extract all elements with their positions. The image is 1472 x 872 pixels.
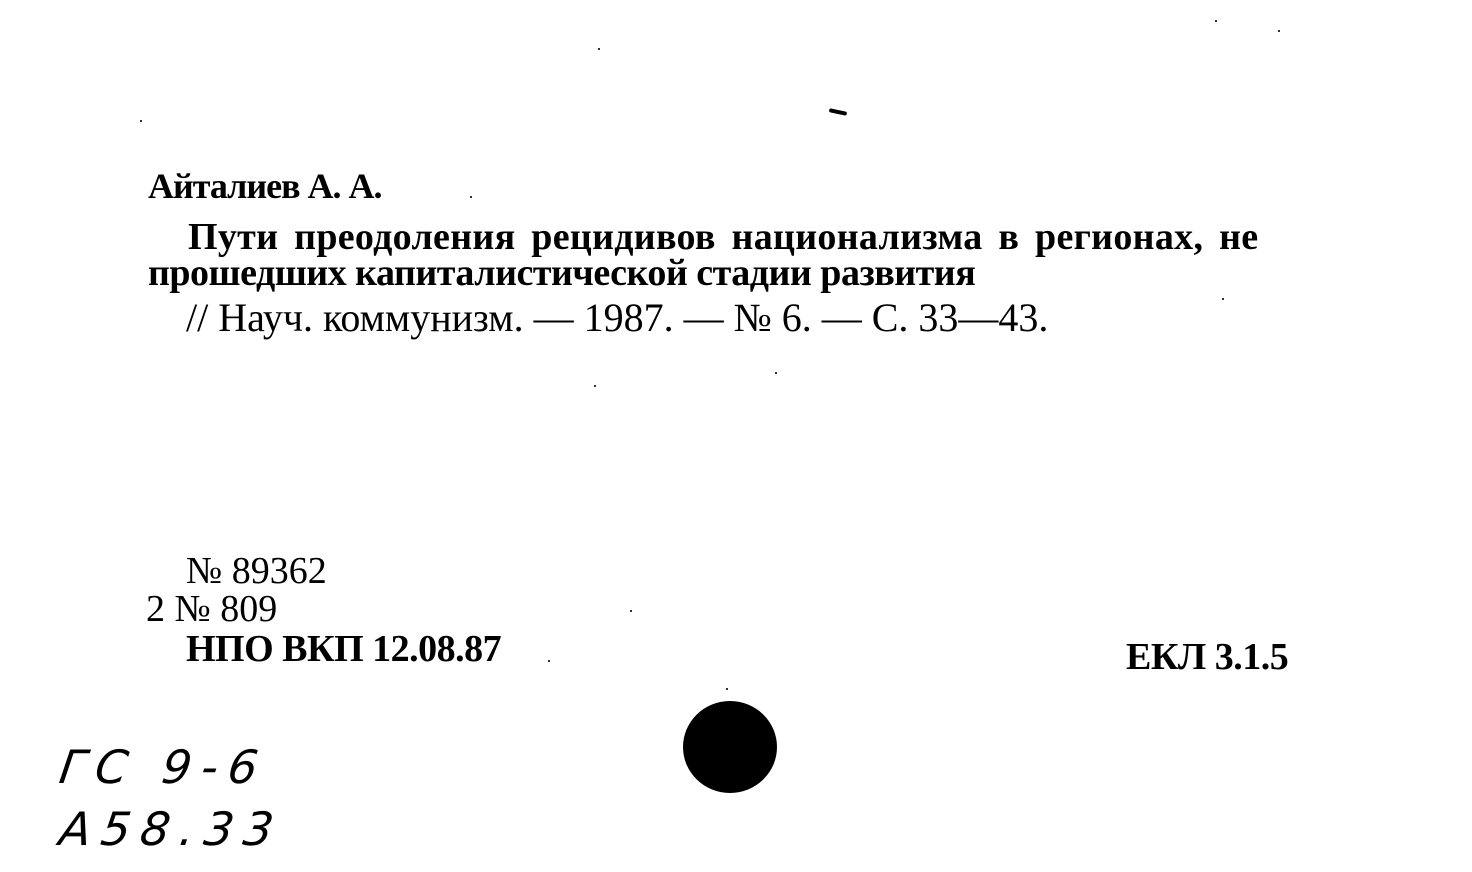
title-line-2: прошедших капиталистической стадии разви… xyxy=(148,254,975,292)
scan-speck xyxy=(726,688,728,690)
handwritten-shelfmark-2: А58.33 xyxy=(57,806,287,852)
registration-stamp: НПО ВКП 12.08.87 xyxy=(186,630,501,668)
scan-speck xyxy=(470,196,472,198)
source-citation: // Науч. коммунизм. — 1987. — № 6. — С. … xyxy=(186,298,1048,338)
title-line-1: Пути преодоления рецидивов национализма … xyxy=(188,218,1258,256)
scan-speck xyxy=(1215,20,1217,22)
scan-speck xyxy=(1278,30,1280,32)
scan-speck xyxy=(630,610,632,612)
punch-hole xyxy=(683,701,777,793)
classification-code: ЕКЛ 3.1.5 xyxy=(1126,638,1288,676)
author-name: Айталиев А. А. xyxy=(148,168,382,204)
scan-speck xyxy=(1222,298,1224,300)
scan-speck xyxy=(140,120,142,122)
scan-speck xyxy=(598,48,600,50)
accession-number: № 89362 xyxy=(186,552,327,590)
scan-speck xyxy=(594,385,596,387)
scan-speck xyxy=(775,372,777,374)
ink-mark xyxy=(829,108,847,116)
scan-speck xyxy=(548,660,550,662)
handwritten-shelfmark-1: ГС 9-6 xyxy=(57,744,271,790)
secondary-number: 2 № 809 xyxy=(146,590,277,628)
catalog-card: Айталиев А. А. Пути преодоления рецидиво… xyxy=(0,0,1472,872)
